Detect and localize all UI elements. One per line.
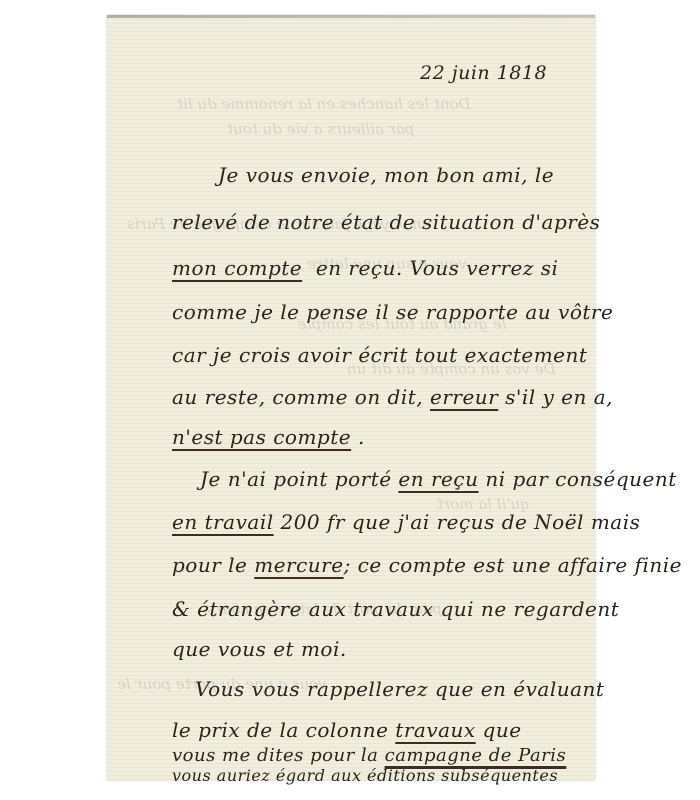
letter-line-14-end: que (476, 718, 522, 742)
letter-line-10-start: pour le (172, 553, 254, 577)
letter-line-6-start: au reste, comme on dit, (172, 385, 430, 409)
letter-line-5: car je crois avoir écrit tout exactement (172, 343, 587, 367)
letter-line-11: & étrangère aux travaux qui ne regardent (172, 597, 619, 621)
underlined-phrase: en reçu (398, 467, 478, 491)
letter-line-15: vous me dites pour la campagne de Paris (172, 745, 566, 766)
underlined-phrase: n'est pas compte (172, 425, 351, 449)
underlined-phrase: mon compte (172, 256, 302, 280)
underlined-phrase: erreur (430, 385, 498, 409)
letter-line-8-end: ni par conséquent (478, 467, 676, 491)
letter-line-10: pour le mercure; ce compte est une affai… (172, 553, 682, 577)
letter-line-15-start: vous me dites pour la (172, 745, 385, 766)
letter-line-4: comme je le pense il se rapporte au vôtr… (172, 300, 613, 324)
letter-line-14: le prix de la colonne travaux que (172, 718, 522, 742)
letter-line-10-end: ; ce compte est une affaire finie (344, 553, 682, 577)
letter-line-6-end: s'il y en a, (498, 385, 613, 409)
letter-line-7-end: . (351, 425, 365, 449)
underlined-phrase: mercure (254, 553, 343, 577)
letter-line-6: au reste, comme on dit, erreur s'il y en… (172, 385, 613, 409)
letter-line-7: n'est pas compte . (172, 425, 365, 449)
letter-line-9-end: 200 fr que j'ai reçus de Noël mais (274, 510, 641, 534)
letter-line-3-rest: en reçu. Vous verrez si (309, 256, 558, 280)
letter-line-2: relevé de notre état de situation d'aprè… (172, 210, 600, 234)
letter-line-8: Je n'ai point porté en reçu ni par consé… (200, 467, 677, 491)
underlined-phrase: campagne de Paris (385, 745, 567, 766)
letter-line-3: mon compte en reçu. Vous verrez si (172, 256, 558, 280)
letter-line-14-start: le prix de la colonne (172, 718, 395, 742)
underlined-phrase: travaux (395, 718, 475, 742)
letter-line-12: que vous et moi. (172, 637, 347, 661)
underlined-phrase: en travail (172, 510, 274, 534)
letter-line-13: Vous vous rappellerez que en évaluant (195, 677, 604, 701)
letter-line-16: vous auriez égard aux éditions subséquen… (172, 766, 558, 785)
letter-line-9: en travail 200 fr que j'ai reçus de Noël… (172, 510, 640, 534)
bleed-through-text: par ailleurs a vie du tout (227, 120, 414, 138)
bleed-through-text: Dont les hanches en la renomme du lit (177, 95, 471, 113)
letter-line-1: Je vous envoie, mon bon ami, le (218, 163, 554, 187)
letter-line-8-start: Je n'ai point porté (200, 467, 398, 491)
letter-date: 22 juin 1818 (420, 62, 547, 84)
